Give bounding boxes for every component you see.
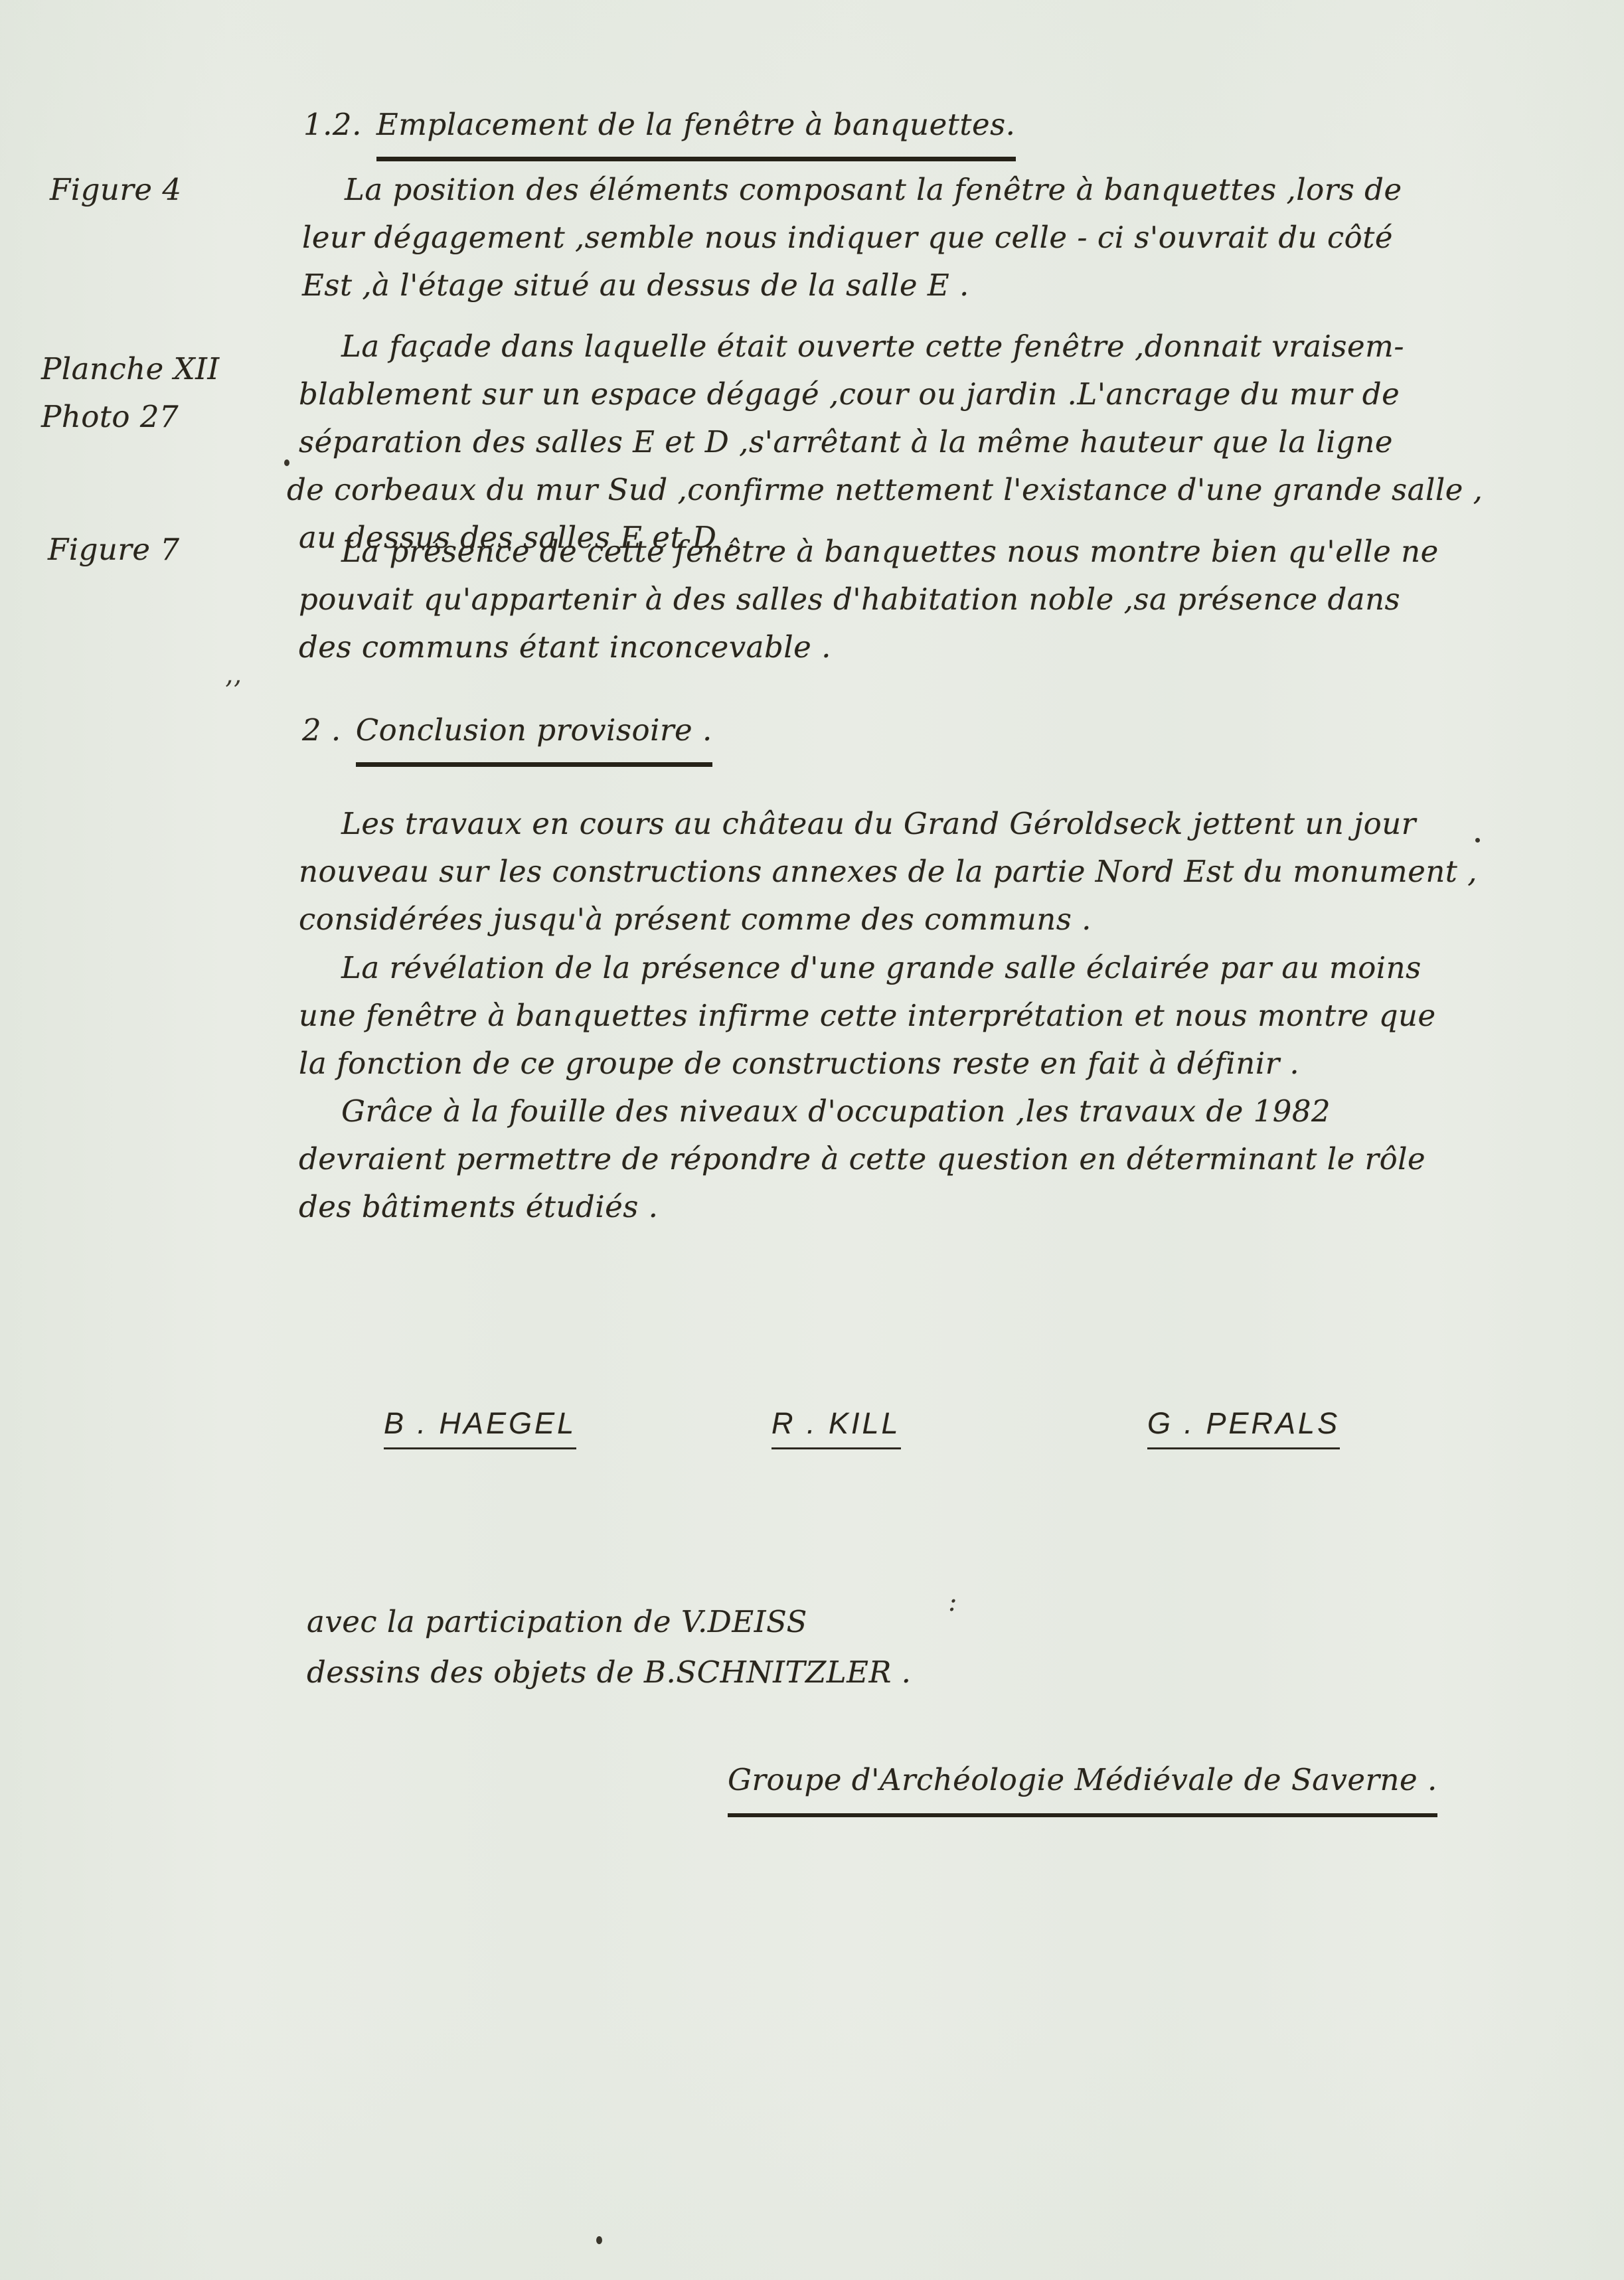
- section-heading-1-2: 1.2.Emplacement de la fenêtre à banquett…: [303, 101, 1016, 149]
- paragraph-2: La façade dans laquelle était ouverte ce…: [299, 323, 1483, 562]
- paragraph-3: La présence de cette fenêtre à banquette…: [299, 528, 1439, 671]
- margin-note-figure-4: Figure 4: [50, 166, 181, 214]
- margin-note-photo-27: Photo 27: [41, 393, 179, 441]
- section-heading-2: 2 .Conclusion provisoire .: [302, 706, 712, 754]
- text-line: Est ,à l'étage situé au dessus de la sal…: [302, 262, 1402, 309]
- footer-organization-text: Groupe d'Archéologie Médiévale de Savern…: [728, 1762, 1437, 1817]
- text-line: Grâce à la fouille des niveaux d'occupat…: [299, 1088, 1425, 1135]
- credits-block: avec la participation de V.DEISS dessins…: [307, 1597, 911, 1698]
- footer-organization: Groupe d'Archéologie Médiévale de Savern…: [728, 1756, 1437, 1804]
- scan-speck: :: [948, 1587, 957, 1617]
- signature-g-perals: G . PERALS: [1147, 1406, 1340, 1449]
- text-line: devraient permettre de répondre à cette …: [299, 1135, 1425, 1183]
- text-line: La révélation de la présence d'une grand…: [299, 944, 1436, 992]
- text-line: la fonction de ce groupe de construction…: [299, 1040, 1436, 1088]
- margin-note-planche-xii: Planche XII: [41, 345, 220, 393]
- text-line: blablement sur un espace dégagé ,cour ou…: [299, 370, 1483, 418]
- text-line: de corbeaux du mur Sud ,confirme netteme…: [287, 466, 1483, 514]
- paragraph-1: La position des éléments composant la fe…: [302, 166, 1402, 309]
- scan-speck: [284, 459, 289, 466]
- text-line: nouveau sur les constructions annexes de…: [299, 848, 1477, 896]
- scan-speck: ’’: [224, 676, 241, 706]
- text-line: pouvait qu'appartenir à des salles d'hab…: [299, 576, 1439, 623]
- text-line: des bâtiments étudiés .: [299, 1183, 1425, 1231]
- credit-line: dessins des objets de B.SCHNITZLER .: [307, 1647, 911, 1698]
- credit-line: avec la participation de V.DEISS: [307, 1597, 911, 1647]
- paragraph-5: La révélation de la présence d'une grand…: [299, 944, 1436, 1088]
- section-number: 1.2.: [303, 107, 362, 142]
- section-title: Conclusion provisoire .: [356, 712, 712, 767]
- section-title: Emplacement de la fenêtre à banquettes.: [376, 107, 1016, 161]
- text-line: une fenêtre à banquettes infirme cette i…: [299, 992, 1436, 1040]
- text-line: La position des éléments composant la fe…: [302, 166, 1402, 214]
- section-number: 2 .: [302, 712, 341, 748]
- signature-r-kill: R . KILL: [771, 1406, 901, 1449]
- signature-b-haegel: B . HAEGEL: [384, 1406, 576, 1449]
- scanned-document-page: { "page": { "background_color": "#e9ece5…: [0, 0, 1624, 2280]
- text-line: La présence de cette fenêtre à banquette…: [299, 528, 1439, 576]
- paragraph-6: Grâce à la fouille des niveaux d'occupat…: [299, 1088, 1425, 1231]
- text-line: La façade dans laquelle était ouverte ce…: [299, 323, 1483, 370]
- text-line: Les travaux en cours au château du Grand…: [299, 800, 1477, 848]
- scan-speck: [1475, 838, 1480, 843]
- text-line: des communs étant inconcevable .: [299, 623, 1439, 671]
- text-line: leur dégagement ,semble nous indiquer qu…: [302, 214, 1402, 262]
- text-line: considérées jusqu'à présent comme des co…: [299, 896, 1477, 943]
- scan-speck: [596, 2236, 602, 2244]
- paragraph-4: Les travaux en cours au château du Grand…: [299, 800, 1477, 943]
- margin-note-figure-7: Figure 7: [48, 526, 179, 574]
- text-line: séparation des salles E et D ,s'arrêtant…: [299, 418, 1483, 466]
